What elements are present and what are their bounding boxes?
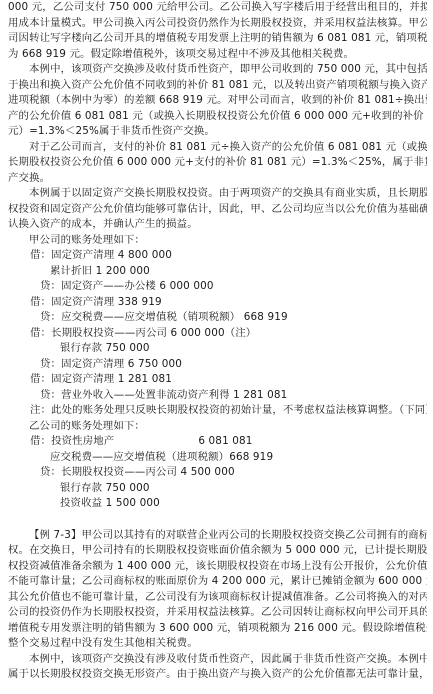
journal-heading: 乙公司的账务处理如下： (8, 419, 427, 435)
text-line: 为 668 919 元。假定除增值税外，该项交易过程中不涉及其他相关税费。 (8, 47, 427, 63)
paragraph-analysis-yi: 对于乙公司而言，支付的补价 81 081 元÷换入资产的公允价值 6 081 0… (8, 140, 427, 187)
text-line: 不能可靠计量；乙公司商标权的账面原价为 4 200 000 元，累计已摊销金额为… (8, 574, 427, 590)
text-line: 用成本计量模式。甲公司换入丙公司投资仍然作为长期股权投资，并采用权益法核算。甲公 (8, 16, 427, 32)
journal-debit: 借：固定资产清理 1 281 081 (8, 372, 427, 388)
journal-credit: 贷：营业外收入——处置非流动资产利得 1 281 081 (8, 388, 427, 404)
text-line: 公司的投资仍作为长期股权投资，并采用权益法核算。乙公司因转让商标权向甲公司开具的 (8, 605, 427, 621)
text-line: 本例中，该项资产交换没有涉及收付货币性资产，因此属于非货币性资产交换。本例中 (8, 652, 427, 668)
journal-debit-sub: 应交税费——应交增值税（进项税额）668 919 (8, 450, 427, 466)
paragraph-analysis-7-3: 本例中，该项资产交换没有涉及收付货币性资产，因此属于非货币性资产交换。本例中 属… (8, 652, 427, 683)
text-line: 元）=1.3%＜25%属于非货币性资产交换。 (8, 124, 427, 140)
text-line: 进项税额（本例中为零）的差额 668 919 元。对甲公司而言，收到的补价 81… (8, 93, 427, 109)
text-line: 000 元，乙公司支付 750 000 元给甲公司。乙公司换入写字楼后用于经营出… (8, 0, 427, 16)
text-line: 权投资减值准备余额为 1 400 000 元，该长期股权投资在市场上没有公开报价… (8, 559, 427, 575)
section-gap (8, 512, 427, 528)
text-line: 于换出和换入资产公允价值不同收到的补价 81 081 元，以及转出资产销项税额与… (8, 78, 427, 94)
journal-account: 借：投资性房地产 (30, 435, 114, 447)
journal-debit: 借：投资性房地产6 081 081 (8, 434, 427, 450)
text-line: 本例属于以固定资产交换长期股权投资。由于两项资产的交换具有商业实质，且长期股 (8, 186, 427, 202)
paragraph-transaction-details: 000 元，乙公司支付 750 000 元给甲公司。乙公司换入写字楼后用于经营出… (8, 0, 427, 62)
journal-debit: 借：固定资产清理 338 919 (8, 295, 427, 311)
text-line: 其公允价值也不能可靠计量，乙公司没有为该项商标权计提减值准备。乙公司将换入的对丙 (8, 590, 427, 606)
journal-amount: 6 081 081 (198, 434, 252, 450)
journal-debit-sub: 银行存款 750 000 (8, 341, 427, 357)
paragraph-analysis-jia: 本例中，该项资产交换涉及收付货币性资产，即甲公司收到的 750 000 元，其中… (8, 62, 427, 140)
text-line: 产的公允价值 6 081 081 元（或换入长期股权投资公允价值 6 000 0… (8, 109, 427, 125)
example-7-3: 【例 7-3】甲公司以其持有的对联营企业丙公司的长期股权投资交换乙公司拥有的商标… (8, 528, 427, 652)
journal-debit: 借：长期股权投资——丙公司 6 000 000（注） (8, 326, 427, 342)
text-line: 产交换。 (8, 171, 427, 187)
journal-credit: 贷：应交税费——应交增值税（销项税额） 668 919 (8, 310, 427, 326)
journal-note: 注：此处的账务处理只反映长期股权投资的初始计量，不考虑权益法核算调整。（下同） (8, 403, 427, 419)
text-line: 司因转让写字楼向乙公司开具的增值税专用发票上注明的销售额为 6 081 081 … (8, 31, 427, 47)
text-line: 增值税专用发票注明的销售额为 3 600 000 元，销项税额为 216 000… (8, 621, 427, 637)
text-line: 权。在交换日，甲公司持有的长期股权投资账面价值余额为 5 000 000 元，已… (8, 543, 427, 559)
paragraph-conclusion: 本例属于以固定资产交换长期股权投资。由于两项资产的交换具有商业实质，且长期股 权… (8, 186, 427, 233)
journal-credit-sub: 银行存款 750 000 (8, 481, 427, 497)
text-line: 对于乙公司而言，支付的补价 81 081 元÷换入资产的公允价值 6 081 0… (8, 140, 427, 156)
journal-credit: 贷：长期股权投资——丙公司 4 500 000 (8, 465, 427, 481)
text-line: 属于以长期股权投资交换无形资产。由于换出资产与换入资产的公允价值都无法可靠计量， (8, 667, 427, 683)
text-line: 权投资和固定资产公允价值均能够可靠估计，因此，甲、乙公司均应当以公允价值为基础确 (8, 202, 427, 218)
text-line: 【例 7-3】甲公司以其持有的对联营企业丙公司的长期股权投资交换乙公司拥有的商标 (8, 528, 427, 544)
journal-jia: 甲公司的账务处理如下： 借：固定资产清理 4 800 000 累计折旧 1 20… (8, 233, 427, 419)
journal-credit: 贷：固定资产清理 6 750 000 (8, 357, 427, 373)
journal-credit-sub: 投资收益 1 500 000 (8, 496, 427, 512)
text-line: 整个交易过程中没有发生其他相关税费。 (8, 636, 427, 652)
journal-debit: 借：固定资产清理 4 800 000 (8, 248, 427, 264)
text-line: 长期股权投资公允价值 6 000 000 元+支付的补价 81 081 元）=1… (8, 155, 427, 171)
document-page: 000 元，乙公司支付 750 000 元给甲公司。乙公司换入写字楼后用于经营出… (0, 0, 433, 694)
journal-heading: 甲公司的账务处理如下： (8, 233, 427, 249)
text-line: 认换入资产的成本，并确认产生的损益。 (8, 217, 427, 233)
journal-debit-sub: 累计折旧 1 200 000 (8, 264, 427, 280)
text-line: 本例中，该项资产交换涉及收付货币性资产，即甲公司收到的 750 000 元，其中… (8, 62, 427, 78)
journal-yi: 乙公司的账务处理如下： 借：投资性房地产6 081 081 应交税费——应交增值… (8, 419, 427, 512)
journal-credit: 贷：固定资产——办公楼 6 000 000 (8, 279, 427, 295)
